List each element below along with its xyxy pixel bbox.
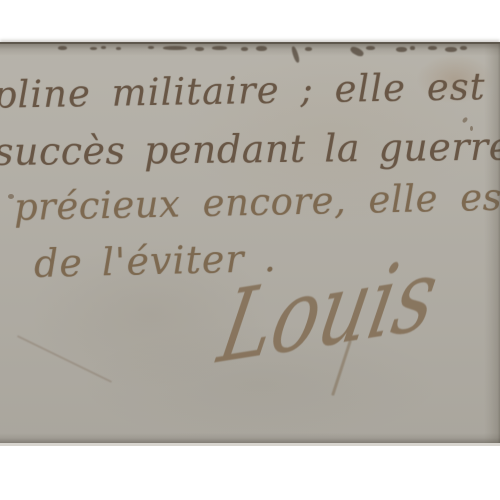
- ink-fragment: [410, 46, 415, 50]
- ink-fragment: [396, 47, 407, 52]
- ink-fragment: [195, 47, 204, 51]
- ink-fragment: [460, 46, 467, 50]
- manuscript-line-1: ipline militaire ; elle est le: [0, 64, 500, 117]
- manuscript-line-2: succès pendant la guerre ;: [0, 124, 500, 174]
- ink-fragment: [428, 46, 437, 50]
- ink-fragment: [212, 46, 227, 50]
- ink-fragment: [163, 46, 187, 50]
- ink-fragment: [305, 47, 312, 51]
- ink-fragment: [366, 46, 375, 50]
- manuscript-photo: ipline militaire ; elle est le succès pe…: [0, 42, 500, 443]
- photo-right-edge: [484, 44, 500, 443]
- ink-speck: [462, 116, 469, 123]
- ink-fragment: [241, 47, 248, 51]
- paper-crease: [17, 335, 112, 383]
- ink-fragment: [101, 46, 106, 49]
- ink-fragment: [256, 46, 267, 51]
- ink-fragment: [148, 46, 154, 49]
- photo-bottom-edge: [0, 433, 500, 443]
- ink-fragment: [116, 47, 121, 50]
- ink-fragment: [90, 47, 97, 50]
- ink-fragment: [445, 47, 457, 52]
- manuscript-line-3: précieux encore, elle est: [14, 175, 500, 229]
- scan-page: ipline militaire ; elle est le succès pe…: [0, 0, 500, 500]
- ink-fragment: [58, 46, 67, 50]
- photo-top-edge: [0, 44, 500, 56]
